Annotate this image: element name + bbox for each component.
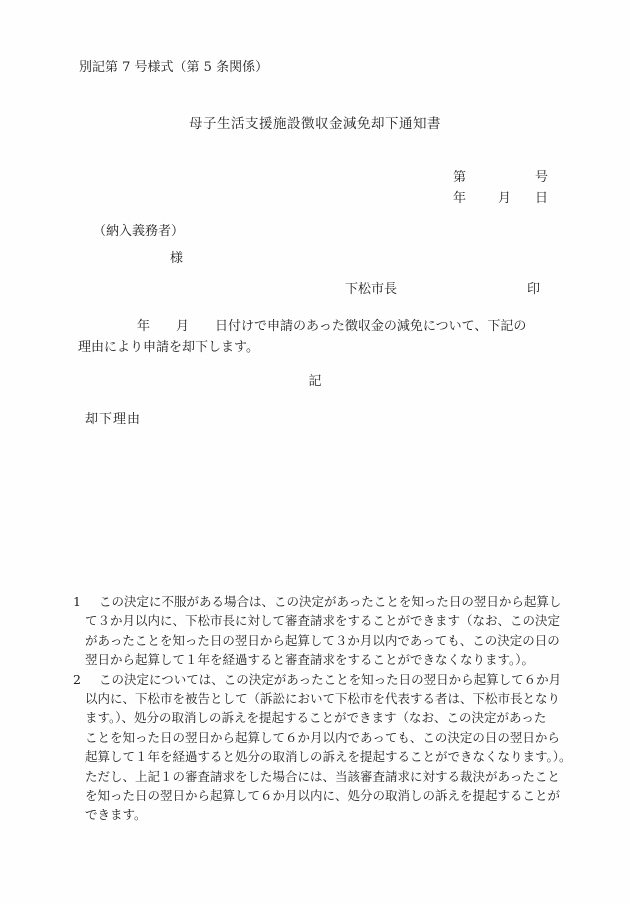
note-line: 1この決定に不服がある場合は、この決定があったことを知った日の翌日から起算し: [73, 592, 563, 611]
date-year-label: 年: [453, 187, 466, 206]
note-line: ことを知った日の翌日から起算して６か月以内であっても、この決定の日の翌日から: [73, 728, 563, 747]
note-line: があったことを知った日の翌日から起算して３か月以内であっても、この決定の日の: [73, 631, 563, 650]
body-text-line-2: 理由により申請を却下します。: [78, 336, 552, 355]
seal-mark: 印: [527, 278, 540, 297]
note-number: 2: [73, 670, 99, 689]
rejection-reason-label: 却下理由: [85, 408, 141, 427]
note-item: 1この決定に不服がある場合は、この決定があったことを知った日の翌日から起算し て…: [73, 592, 563, 670]
note-line: を知った日の翌日から起算して６か月以内に、処分の取消しの訴えを提起することが: [73, 786, 563, 805]
issuer-title: 下松市長: [345, 278, 397, 297]
page-title: 母子生活支援施設徴収金減免却下通知書: [0, 112, 630, 132]
note-text: この決定に不服がある場合は、この決定があったことを知った日の翌日から起算し: [99, 594, 561, 609]
note-line: 翌日から起算して１年を経過すると審査請求をすることができなくなります。）。: [73, 650, 563, 669]
doc-number-prefix: 第: [453, 166, 466, 185]
note-item: 2この決定については、この決定があったことを知った日の翌日から起算して６か月 以…: [73, 670, 563, 825]
addressee-label: （納入義務者）: [93, 220, 184, 239]
note-line: 2この決定については、この決定があったことを知った日の翌日から起算して６か月: [73, 670, 563, 689]
note-line: 以内に、下松市を被告として（訴訟において下松市を代表する者は、下松市長となり: [73, 689, 563, 708]
body-text-line-1: 年 月 日付けで申請のあった徴収金の減免について、下記の: [78, 315, 611, 334]
note-number: 1: [73, 592, 99, 611]
document-page: 別記第 7 号様式（第 5 条関係） 母子生活支援施設徴収金減免却下通知書 第 …: [0, 0, 630, 903]
note-line: ただし、上記１の審査請求をした場合には、当該審査請求に対する裁決があったこと: [73, 767, 563, 786]
note-line: て３か月以内に、下松市長に対して審査請求をすることができます（なお、この決定: [73, 611, 563, 630]
note-line: できます。: [73, 805, 563, 824]
date-month-label: 月: [498, 187, 511, 206]
note-text: この決定については、この決定があったことを知った日の翌日から起算して６か月: [99, 672, 561, 687]
legal-notes: 1この決定に不服がある場合は、この決定があったことを知った日の翌日から起算し て…: [73, 592, 563, 825]
addressee-honorific: 様: [170, 247, 183, 266]
note-line: ます。）、処分の取消しの訴えを提起することができます（なお、この決定があった: [73, 708, 563, 727]
record-marker: 記: [0, 370, 630, 389]
doc-number-suffix: 号: [535, 166, 548, 185]
date-day-label: 日: [535, 187, 548, 206]
note-line: 起算して１年を経過すると処分の取消しの訴えを提起することができなくなります。）。: [73, 747, 563, 766]
form-number: 別記第 7 号様式（第 5 条関係）: [79, 56, 268, 75]
